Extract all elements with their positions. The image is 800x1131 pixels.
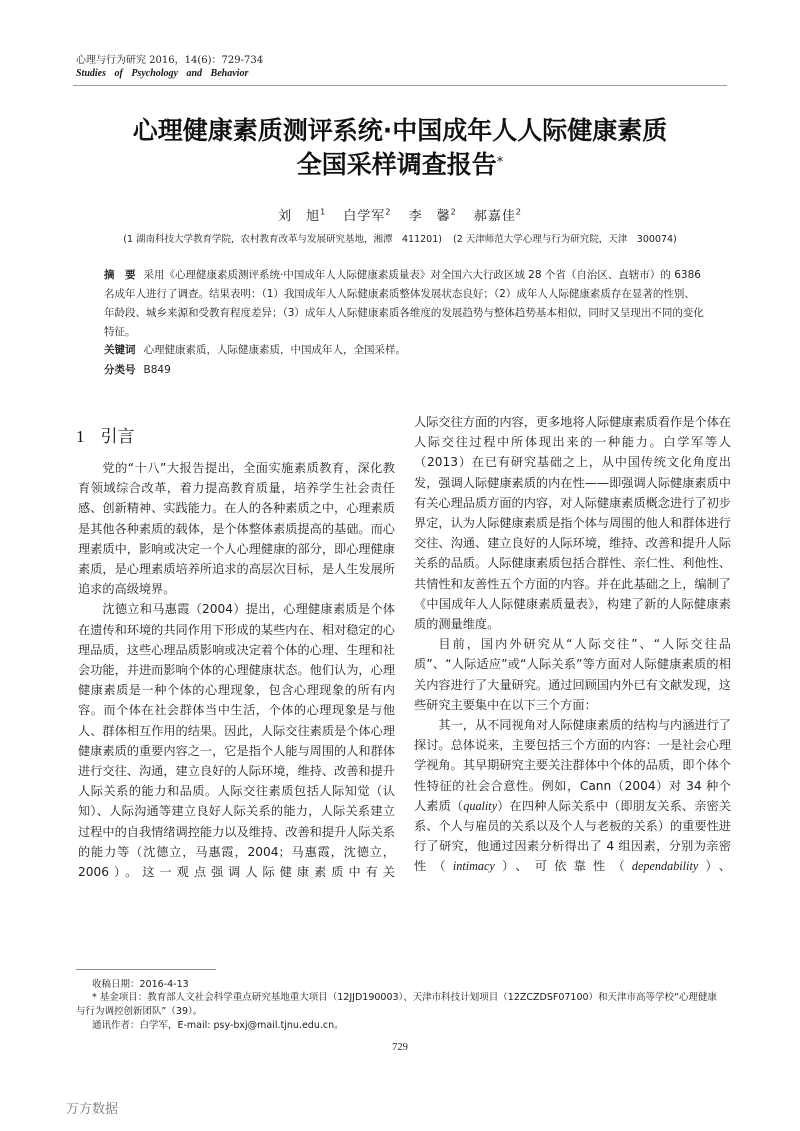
watermark: 万方数据 — [66, 1098, 118, 1117]
section-heading: 1引言 — [76, 422, 135, 447]
section-title: 引言 — [101, 427, 135, 447]
latin-term: quality — [463, 799, 497, 813]
author: 郝嘉佳2 — [474, 209, 522, 224]
footnote-divider — [76, 969, 216, 970]
paragraph: 人际交往方面的内容，更多地将人际健康素质看作是个体在人际交往过程中所体现出来的一… — [414, 412, 731, 634]
body-column-right: 人际交往方面的内容，更多地将人际健康素质看作是个体在人际交往过程中所体现出来的一… — [414, 412, 731, 877]
abstract-label: 摘 要 — [104, 269, 136, 281]
keywords-text: 心理健康素质，人际健康素质，中国成年人，全国采样。 — [144, 344, 407, 356]
paper-title-text: 全国采样调查报告 — [297, 150, 497, 179]
affiliation: (2 天津师范大学心理与行为研究院，天津 300074) — [453, 234, 677, 245]
latin-term: dependability — [632, 859, 698, 873]
author-list: 刘 旭1 白学军2 李 馨2 郝嘉佳2 — [0, 205, 800, 224]
affiliation: (1 湖南科技大学教育学院，农村教育改革与发展研究基地，湘潭 411201) — [123, 234, 442, 245]
classification: 分类号B849 — [104, 362, 171, 377]
abstract: 摘 要采用《心理健康素质测评系统·中国成年人人际健康素质量表》对全国六大行政区域… — [104, 266, 704, 342]
paragraph: 沈德立和马惠霞（2004）提出，心理健康素质是个体在遗传和环境的共同作用下形成的… — [78, 599, 395, 882]
latin-term: intimacy — [453, 859, 495, 873]
paragraph: 目前，国内外研究从“人际交往”、“人际交往品质”、“人际适应”或“人际关系”等方… — [414, 634, 731, 715]
header-divider — [73, 85, 727, 86]
author: 李 馨2 — [409, 209, 457, 224]
abstract-text: 采用《心理健康素质测评系统·中国成年人人际健康素质量表》对全国六大行政区域 28… — [104, 269, 704, 338]
affiliations: (1 湖南科技大学教育学院，农村教育改革与发展研究基地，湘潭 411201) (… — [60, 231, 740, 245]
keywords: 关键词心理健康素质，人际健康素质，中国成年人，全国采样。 — [104, 342, 406, 357]
page-number: 729 — [0, 1042, 800, 1053]
classification-label: 分类号 — [104, 364, 136, 376]
paragraph: 党的“十八”大报告提出，全面实施素质教育，深化教育领域综合改革，着力提高教育质量… — [78, 458, 395, 599]
section-number: 1 — [76, 427, 85, 446]
classification-code: B849 — [144, 364, 171, 376]
journal-citation: 心理与行为研究 2016，14(6)：729-734 — [76, 51, 263, 66]
paragraph: 其一，从不同视角对人际健康素质的结构与内涵进行了探讨。总体说来，主要包括三个方面… — [414, 715, 731, 877]
paper-title-line-2: 全国采样调查报告* — [60, 148, 740, 181]
footnote-funding: * 基金项目：教育部人文社会科学重点研究基地重大项目（12JJD190003）、… — [76, 991, 726, 1018]
author: 刘 旭1 — [278, 209, 326, 224]
title-footnote-mark: * — [497, 155, 504, 170]
journal-english-name: Studies of Psychology and Behavior — [76, 68, 248, 79]
author: 白学军2 — [343, 209, 391, 224]
footnote-correspondence: 通讯作者：白学军，E-mail: psy-bxj@mail.tjnu.edu.c… — [76, 1019, 742, 1033]
footnote-received-date: 收稿日期：2016-4-13 — [76, 978, 742, 992]
keywords-label: 关键词 — [104, 344, 136, 356]
paper-title-line-1: 心理健康素质测评系统·中国成年人人际健康素质 — [60, 114, 740, 147]
body-column-left: 党的“十八”大报告提出，全面实施素质教育，深化教育领域综合改革，着力提高教育质量… — [78, 458, 395, 882]
